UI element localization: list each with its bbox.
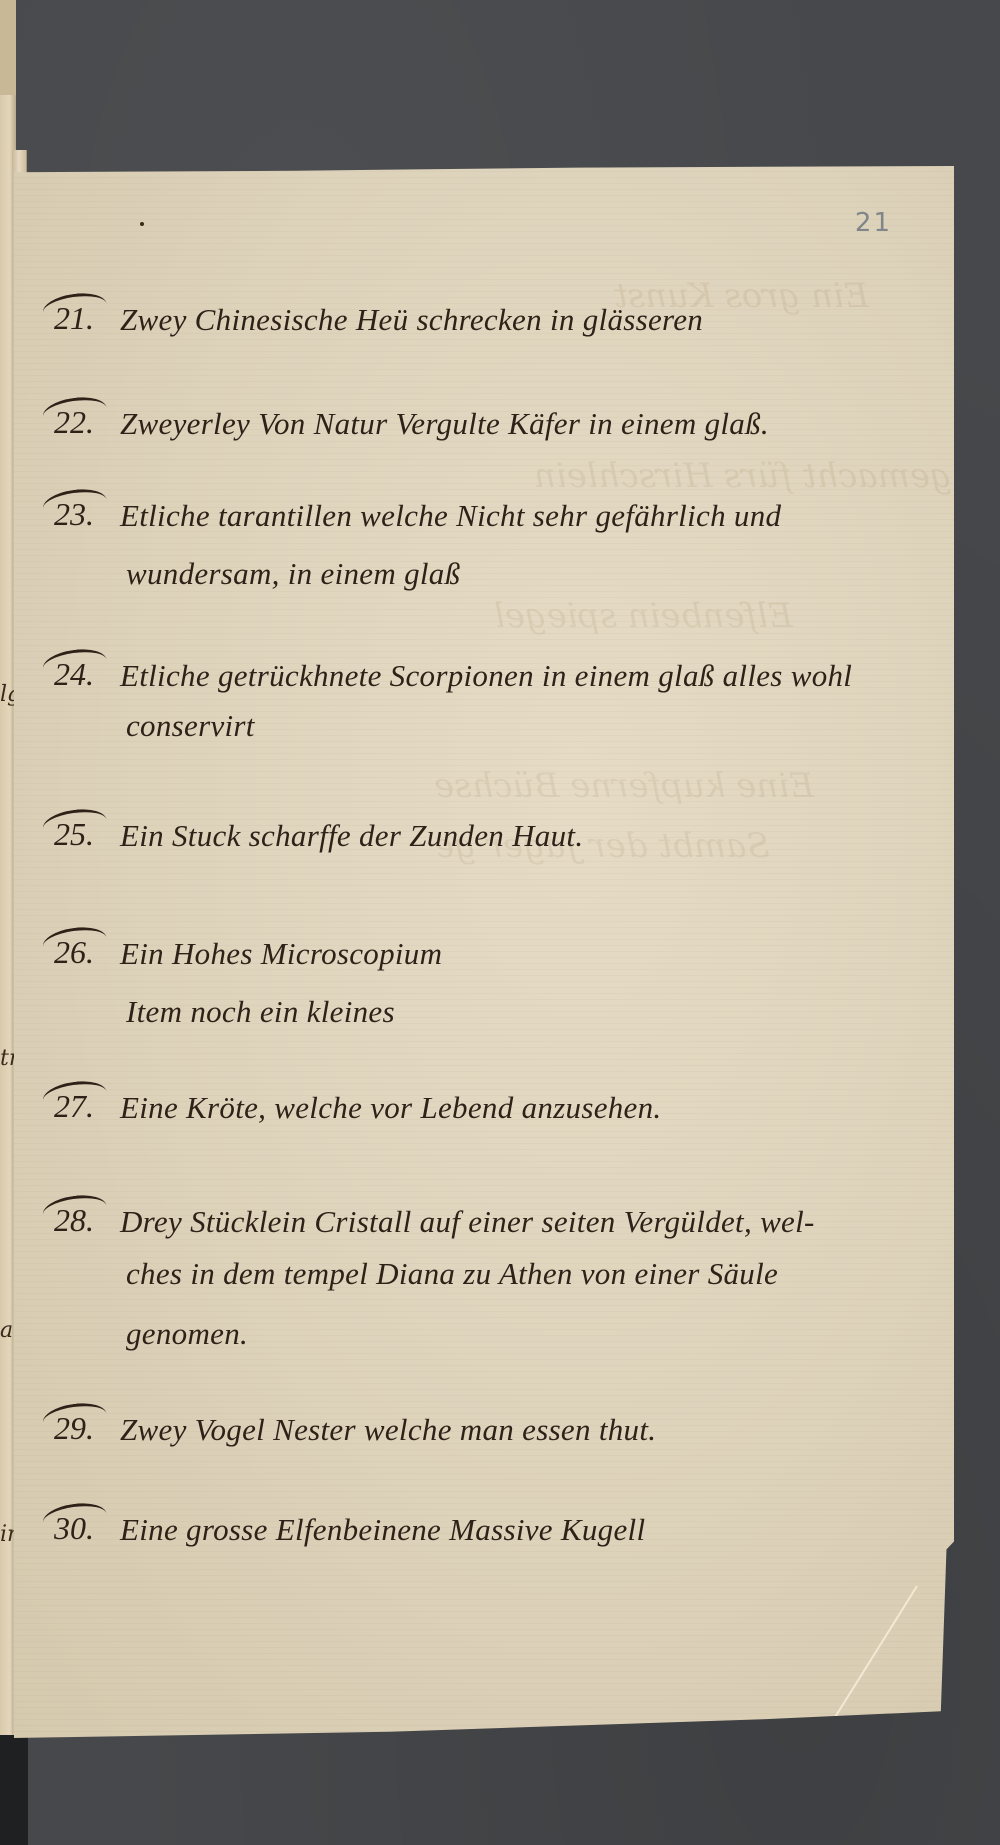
entry-text: Zwey Chinesische Heü schrecken in glässe… xyxy=(120,302,703,338)
entry-text-continued: conservirt xyxy=(126,708,255,744)
entry-text: Ein Hohes Microscopium xyxy=(120,936,442,972)
manuscript-page: Ein gros Kunst hat gemacht fürs Hirschle… xyxy=(14,166,954,1738)
entry-text: Eine grosse Elfenbeinene Massive Kugell xyxy=(120,1512,645,1548)
entry-text-continued: genomen. xyxy=(126,1316,248,1352)
entry-text: Etliche getrückhnete Scorpionen in einem… xyxy=(120,658,852,694)
entry-text-continued: wundersam, in einem glaß xyxy=(126,556,460,592)
previous-leaf-bottom-shadow xyxy=(0,1735,28,1845)
folio-number: 21 xyxy=(855,208,892,238)
bleed-through: Eine kupferne Büchse xyxy=(434,766,814,806)
entry-number: 23. xyxy=(54,496,94,533)
entry-number: 27. xyxy=(54,1088,94,1125)
bleed-through: hat gemacht fürs Hirschlein xyxy=(534,456,1000,496)
entry-text: Drey Stücklein Cristall auf einer seiten… xyxy=(120,1204,815,1240)
entry-text-continued: ches in dem tempel Diana zu Athen von ei… xyxy=(126,1256,778,1292)
entry-number: 25. xyxy=(54,816,94,853)
entry-number: 26. xyxy=(54,934,94,971)
entry-text: Ein Stuck scharffe der Zunden Haut. xyxy=(120,818,583,854)
entry-text: Etliche tarantillen welche Nicht sehr ge… xyxy=(120,498,781,534)
entry-text: Eine Kröte, welche vor Lebend anzusehen. xyxy=(120,1090,661,1126)
bleed-through: Elfenbein spiegel xyxy=(494,596,793,636)
previous-leaf-top xyxy=(0,0,16,95)
entry-number: 29. xyxy=(54,1410,94,1447)
entry-number: 30. xyxy=(54,1510,94,1547)
entry-number: 28. xyxy=(54,1202,94,1239)
entry-number: 22. xyxy=(54,404,94,441)
ink-dot xyxy=(140,222,144,226)
entry-text-continued: Item noch ein kleines xyxy=(126,994,395,1030)
entry-number: 24. xyxy=(54,656,94,693)
entry-text: Zweyerley Von Natur Vergulte Käfer in ei… xyxy=(120,406,769,442)
entry-number: 21. xyxy=(54,300,94,337)
entry-text: Zwey Vogel Nester welche man essen thut. xyxy=(120,1412,656,1448)
